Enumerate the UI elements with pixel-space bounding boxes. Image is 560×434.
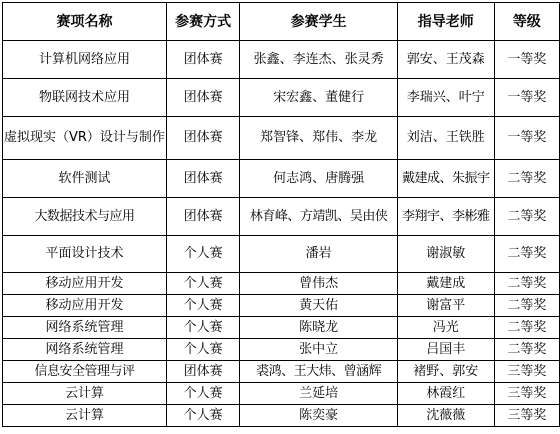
cell-event: 信息安全管理与评 — [3, 361, 167, 383]
cell-event: 云计算 — [3, 383, 167, 405]
cell-event: 云计算 — [3, 405, 167, 427]
cell-teachers: 谢富平 — [397, 295, 494, 317]
cell-mode: 个人赛 — [166, 339, 239, 361]
cell-level: 三等奖 — [494, 361, 559, 383]
cell-event: 计算机网络应用 — [3, 41, 167, 79]
table-row: 移动应用开发 个人赛 黄天佑 谢富平 二等奖 — [3, 295, 560, 317]
cell-level: 二等奖 — [494, 339, 559, 361]
cell-students: 何志鸿、唐腾强 — [240, 160, 398, 198]
cell-mode: 团体赛 — [166, 41, 239, 79]
header-row: 赛项名称 参赛方式 参赛学生 指导老师 等级 — [3, 3, 560, 41]
cell-mode: 个人赛 — [166, 295, 239, 317]
cell-level: 一等奖 — [494, 79, 559, 117]
cell-students: 兰延培 — [240, 383, 398, 405]
cell-mode: 团体赛 — [166, 198, 239, 236]
cell-teachers: 沈薇薇 — [397, 405, 494, 427]
cell-event: 物联网技术应用 — [3, 79, 167, 117]
cell-level: 二等奖 — [494, 160, 559, 198]
cell-teachers: 吕国丰 — [397, 339, 494, 361]
cell-teachers: 李翔宇、李彬雅 — [397, 198, 494, 236]
cell-students: 黄天佑 — [240, 295, 398, 317]
awards-table: 赛项名称 参赛方式 参赛学生 指导老师 等级 计算机网络应用 团体赛 张鑫、李连… — [2, 2, 560, 427]
cell-mode: 团体赛 — [166, 79, 239, 117]
cell-teachers: 戴建成、朱振宇 — [397, 160, 494, 198]
cell-event: 移动应用开发 — [3, 295, 167, 317]
cell-level: 三等奖 — [494, 383, 559, 405]
table-row: 信息安全管理与评 团体赛 裘鸿、王大炜、曾涵辉 褚野、郭安 三等奖 — [3, 361, 560, 383]
cell-level: 二等奖 — [494, 317, 559, 339]
table-row: 云计算 个人赛 陈奕豪 沈薇薇 三等奖 — [3, 405, 560, 427]
cell-teachers: 戴建成 — [397, 273, 494, 295]
cell-students: 郑智锋、郑伟、李龙 — [240, 117, 398, 160]
table-row: 虚拟现实（VR）设计与制作 团体赛 郑智锋、郑伟、李龙 刘洁、王铁胜 一等奖 — [3, 117, 560, 160]
cell-level: 一等奖 — [494, 117, 559, 160]
cell-mode: 个人赛 — [166, 317, 239, 339]
cell-event: 大数据技术与应用 — [3, 198, 167, 236]
cell-students: 潘岩 — [240, 236, 398, 273]
cell-mode: 团体赛 — [166, 361, 239, 383]
cell-event: 软件测试 — [3, 160, 167, 198]
cell-students: 张鑫、李连杰、张灵秀 — [240, 41, 398, 79]
table-row: 平面设计技术 个人赛 潘岩 谢淑敏 二等奖 — [3, 236, 560, 273]
cell-mode: 团体赛 — [166, 117, 239, 160]
cell-teachers: 李瑞兴、叶宁 — [397, 79, 494, 117]
cell-students: 宋宏鑫、董健行 — [240, 79, 398, 117]
cell-teachers: 林霞红 — [397, 383, 494, 405]
table-row: 软件测试 团体赛 何志鸿、唐腾强 戴建成、朱振宇 二等奖 — [3, 160, 560, 198]
cell-students: 张中立 — [240, 339, 398, 361]
cell-mode: 个人赛 — [166, 383, 239, 405]
cell-teachers: 郭安、王茂森 — [397, 41, 494, 79]
header-mode: 参赛方式 — [166, 3, 239, 41]
cell-level: 二等奖 — [494, 236, 559, 273]
header-teachers: 指导老师 — [397, 3, 494, 41]
cell-mode: 个人赛 — [166, 273, 239, 295]
cell-level: 二等奖 — [494, 295, 559, 317]
table-row: 网络系统管理 个人赛 张中立 吕国丰 二等奖 — [3, 339, 560, 361]
table-row: 云计算 个人赛 兰延培 林霞红 三等奖 — [3, 383, 560, 405]
cell-students: 裘鸿、王大炜、曾涵辉 — [240, 361, 398, 383]
cell-teachers: 冯光 — [397, 317, 494, 339]
cell-students: 林育峰、方靖凯、吴由侠 — [240, 198, 398, 236]
table-row: 大数据技术与应用 团体赛 林育峰、方靖凯、吴由侠 李翔宇、李彬雅 二等奖 — [3, 198, 560, 236]
header-students: 参赛学生 — [240, 3, 398, 41]
cell-teachers: 褚野、郭安 — [397, 361, 494, 383]
table-row: 计算机网络应用 团体赛 张鑫、李连杰、张灵秀 郭安、王茂森 一等奖 — [3, 41, 560, 79]
cell-teachers: 谢淑敏 — [397, 236, 494, 273]
cell-event: 移动应用开发 — [3, 273, 167, 295]
cell-students: 陈奕豪 — [240, 405, 398, 427]
cell-students: 曾伟杰 — [240, 273, 398, 295]
table-row: 网络系统管理 个人赛 陈晓龙 冯光 二等奖 — [3, 317, 560, 339]
table-row: 移动应用开发 个人赛 曾伟杰 戴建成 二等奖 — [3, 273, 560, 295]
cell-mode: 团体赛 — [166, 160, 239, 198]
cell-event: 虚拟现实（VR）设计与制作 — [3, 117, 167, 160]
cell-level: 一等奖 — [494, 41, 559, 79]
cell-level: 三等奖 — [494, 405, 559, 427]
cell-event: 网络系统管理 — [3, 317, 167, 339]
cell-mode: 个人赛 — [166, 405, 239, 427]
cell-teachers: 刘洁、王铁胜 — [397, 117, 494, 160]
cell-event: 平面设计技术 — [3, 236, 167, 273]
header-level: 等级 — [494, 3, 559, 41]
cell-level: 二等奖 — [494, 198, 559, 236]
cell-students: 陈晓龙 — [240, 317, 398, 339]
cell-mode: 个人赛 — [166, 236, 239, 273]
header-event: 赛项名称 — [3, 3, 167, 41]
cell-event: 网络系统管理 — [3, 339, 167, 361]
table-row: 物联网技术应用 团体赛 宋宏鑫、董健行 李瑞兴、叶宁 一等奖 — [3, 79, 560, 117]
cell-level: 二等奖 — [494, 273, 559, 295]
